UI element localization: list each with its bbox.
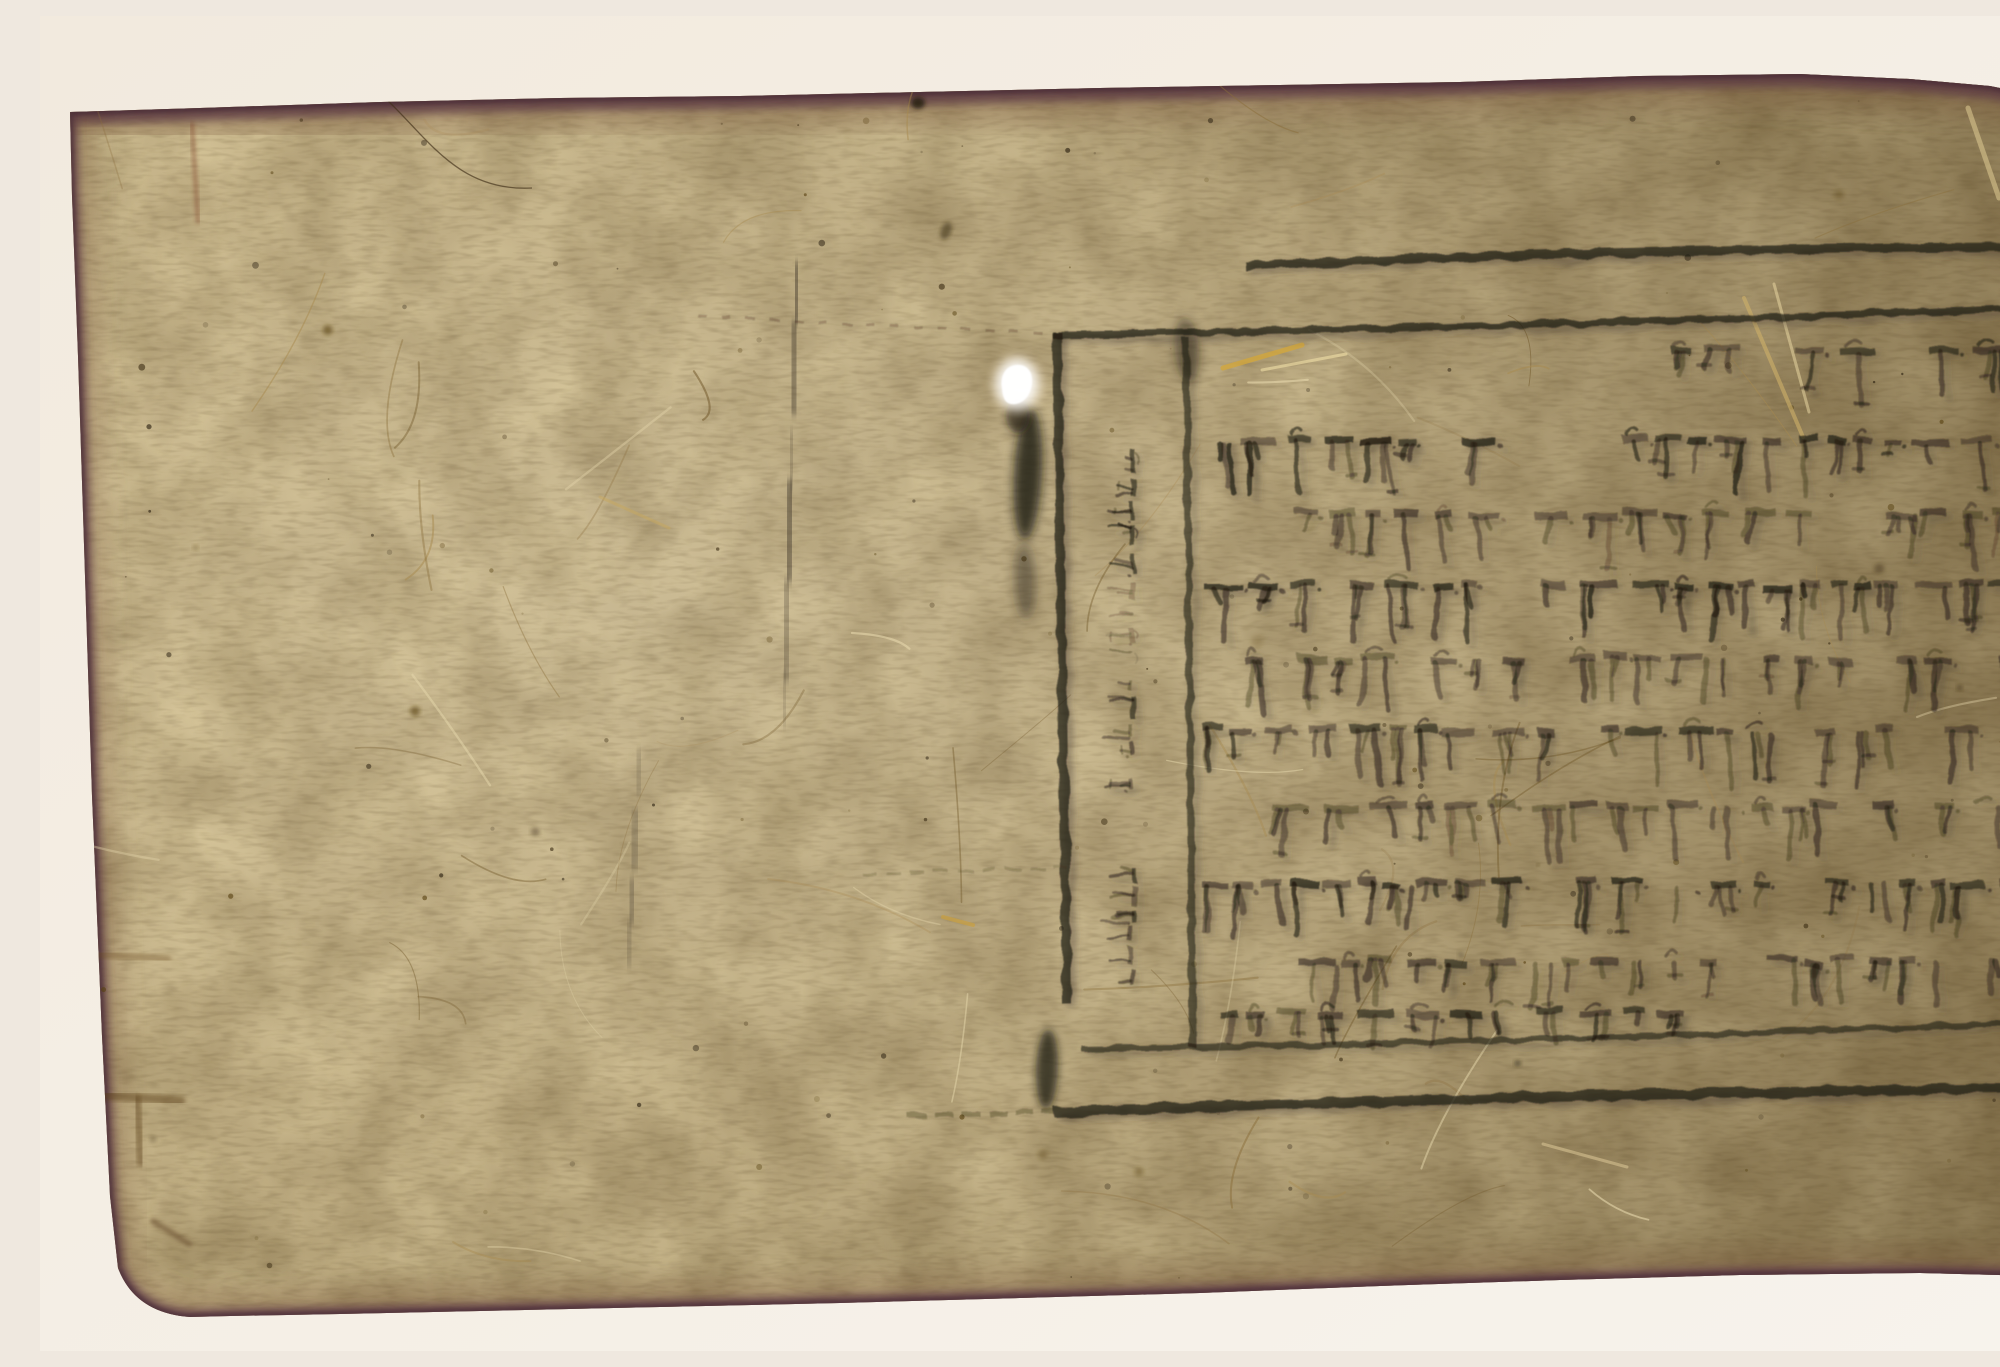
brown-stain — [137, 1099, 141, 1163]
photo-canvas — [40, 16, 2000, 1351]
worm-hole — [991, 354, 1043, 414]
brown-stain — [90, 954, 168, 959]
ink-blot — [911, 97, 925, 109]
brown-stain — [104, 1095, 181, 1101]
paper-surface — [40, 16, 2000, 1351]
manuscript-photo — [40, 16, 2000, 1351]
paper-sheet — [40, 16, 2000, 1351]
